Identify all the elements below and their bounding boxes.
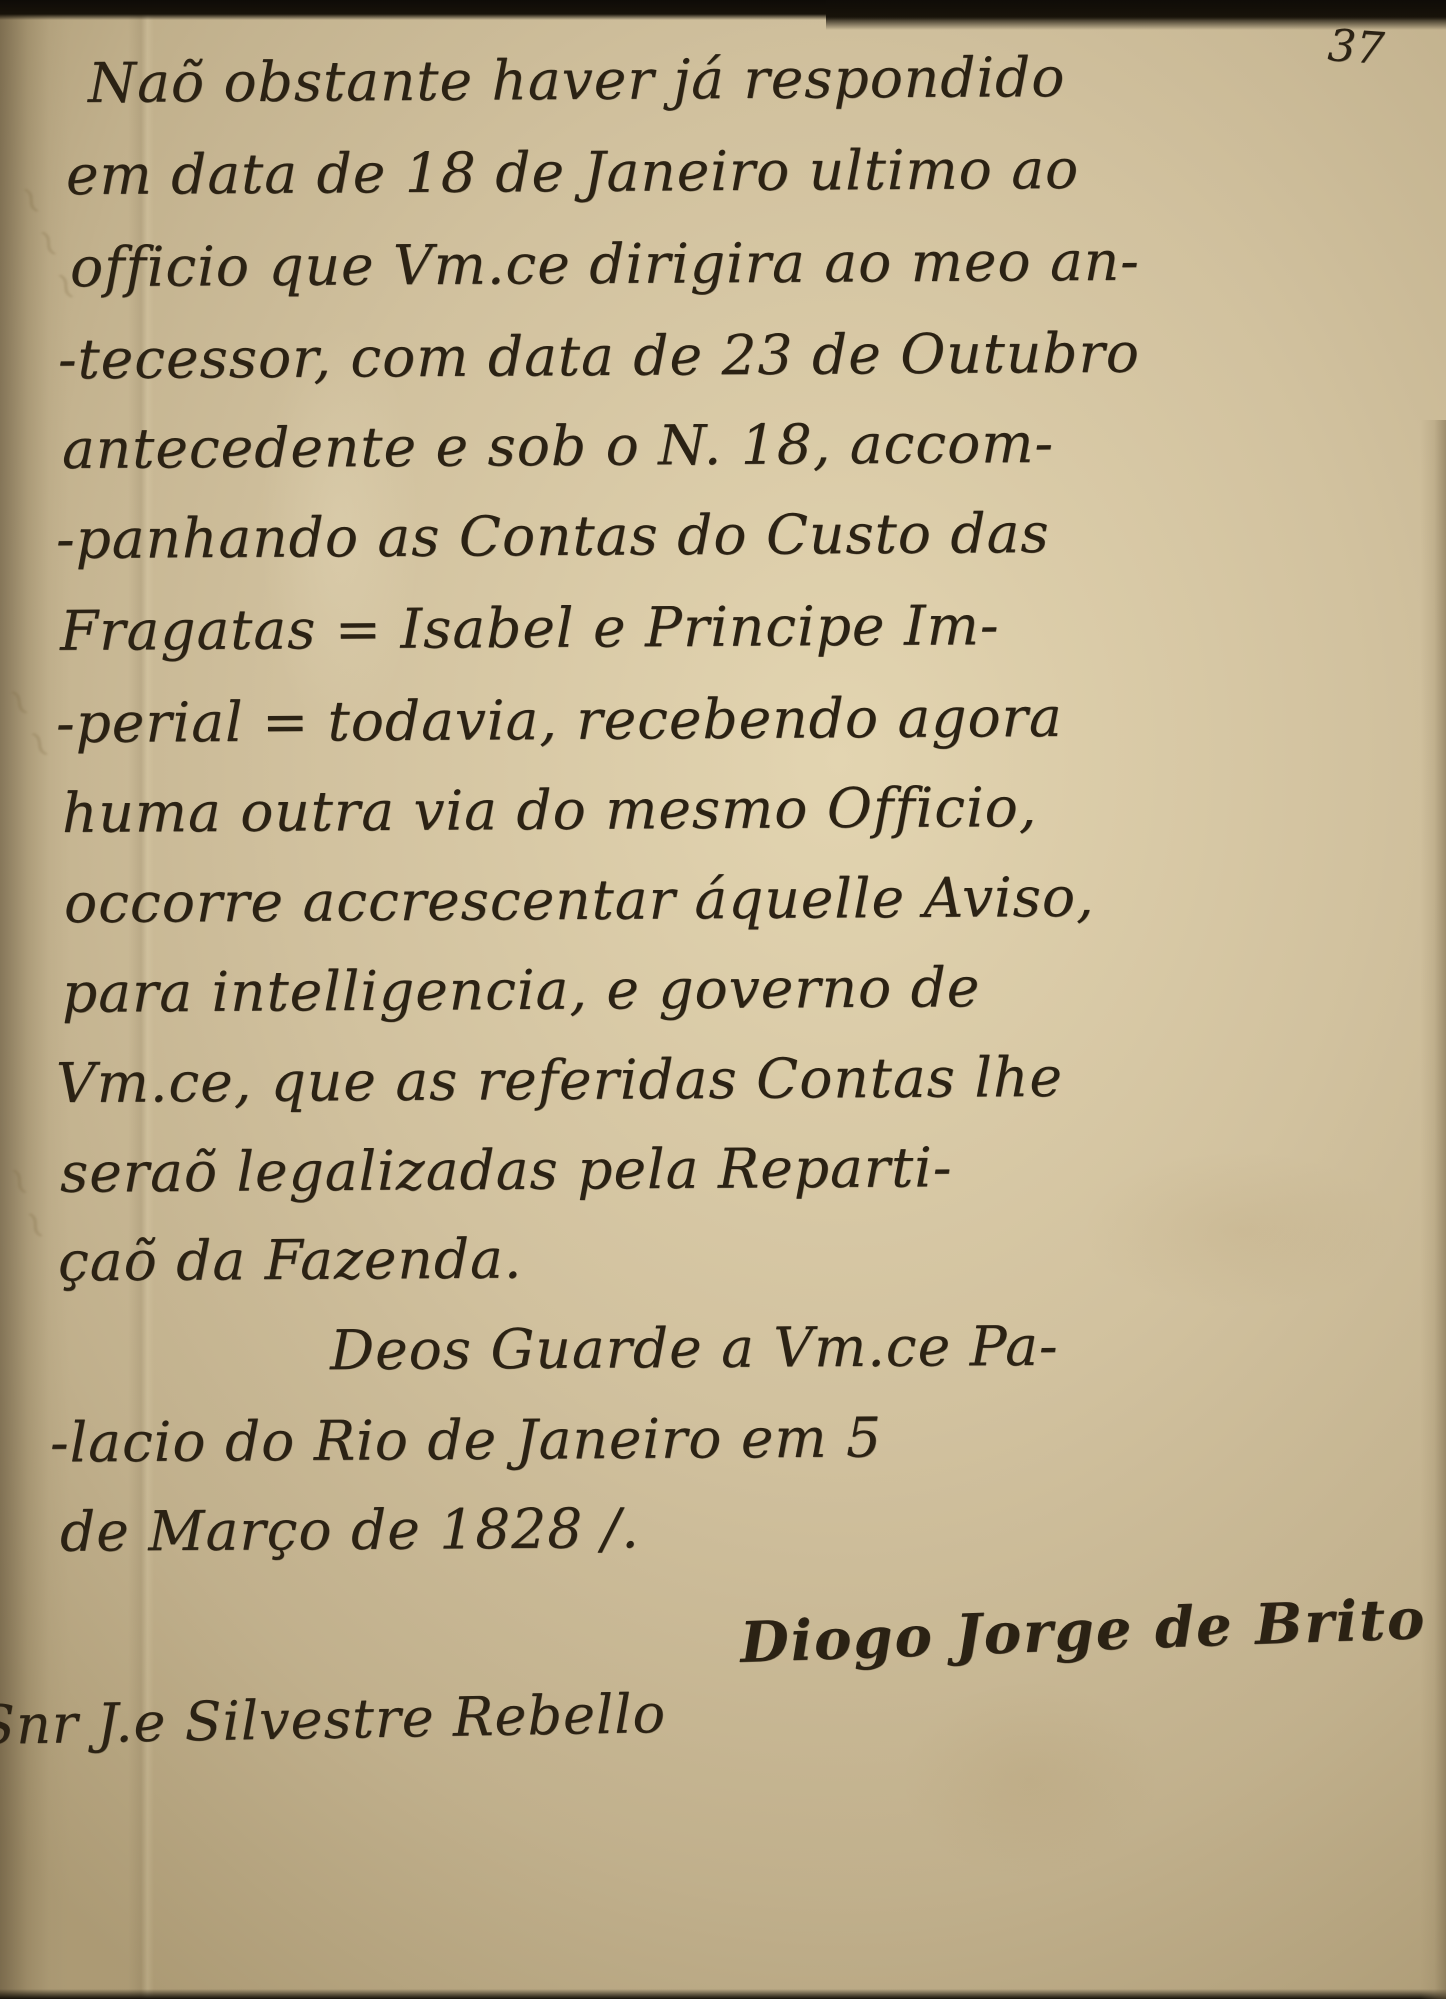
manuscript-line: Deos Guarde a Vm.ce Pa- [330, 1314, 1059, 1382]
manuscript-line: -tecessor, com data de 23 de Outubro [58, 321, 1140, 392]
scan-edge-bottom [0, 1989, 1446, 1999]
manuscript-line: occorre accrescentar áquelle Aviso, [64, 865, 1095, 935]
paper-stain [1080, 1150, 1400, 1310]
manuscript-line: officio que Vm.ce dirigira ao meo an- [70, 229, 1140, 300]
manuscript-line: seraõ legalizadas pela Reparti- [60, 1135, 953, 1204]
manuscript-line: Fragatas = Isabel e Principe Im- [60, 593, 1000, 663]
manuscript-line: Vm.ce, que as referidas Contas lhe [56, 1045, 1063, 1115]
manuscript-line: -panhando as Contas do Custo das [56, 501, 1050, 571]
addressee-line: Snr J.e Silvestre Rebello [0, 1682, 667, 1757]
manuscript-line: em data de 18 de Janeiro ultimo ao [66, 137, 1080, 207]
manuscript-line: -perial = todavia, recebendo agora [56, 685, 1063, 755]
page-edge-right [1420, 420, 1446, 1999]
manuscript-line: -lacio do Rio de Janeiro em 5 [50, 1405, 882, 1474]
manuscript-line: huma outra via do mesmo Officio, [62, 775, 1038, 845]
signature: Diogo Jorge de Brito [739, 1586, 1427, 1676]
page-number: 37 [1326, 20, 1385, 75]
manuscript-line: çaõ da Fazenda. [58, 1227, 523, 1294]
manuscript-line: de Março de 1828 /. [60, 1496, 640, 1564]
manuscript-line: antecedente e sob o N. 18, accom- [62, 411, 1054, 481]
manuscript-line: Naõ obstante haver já respondido [88, 45, 1066, 115]
manuscript-page: ~ ~ ~ ~ ~ ~ ~ 37 Naõ obstante haver já r… [0, 0, 1446, 1999]
manuscript-line: para intelligencia, e governo de [62, 955, 981, 1025]
paper-stain [900, 1680, 1160, 1880]
